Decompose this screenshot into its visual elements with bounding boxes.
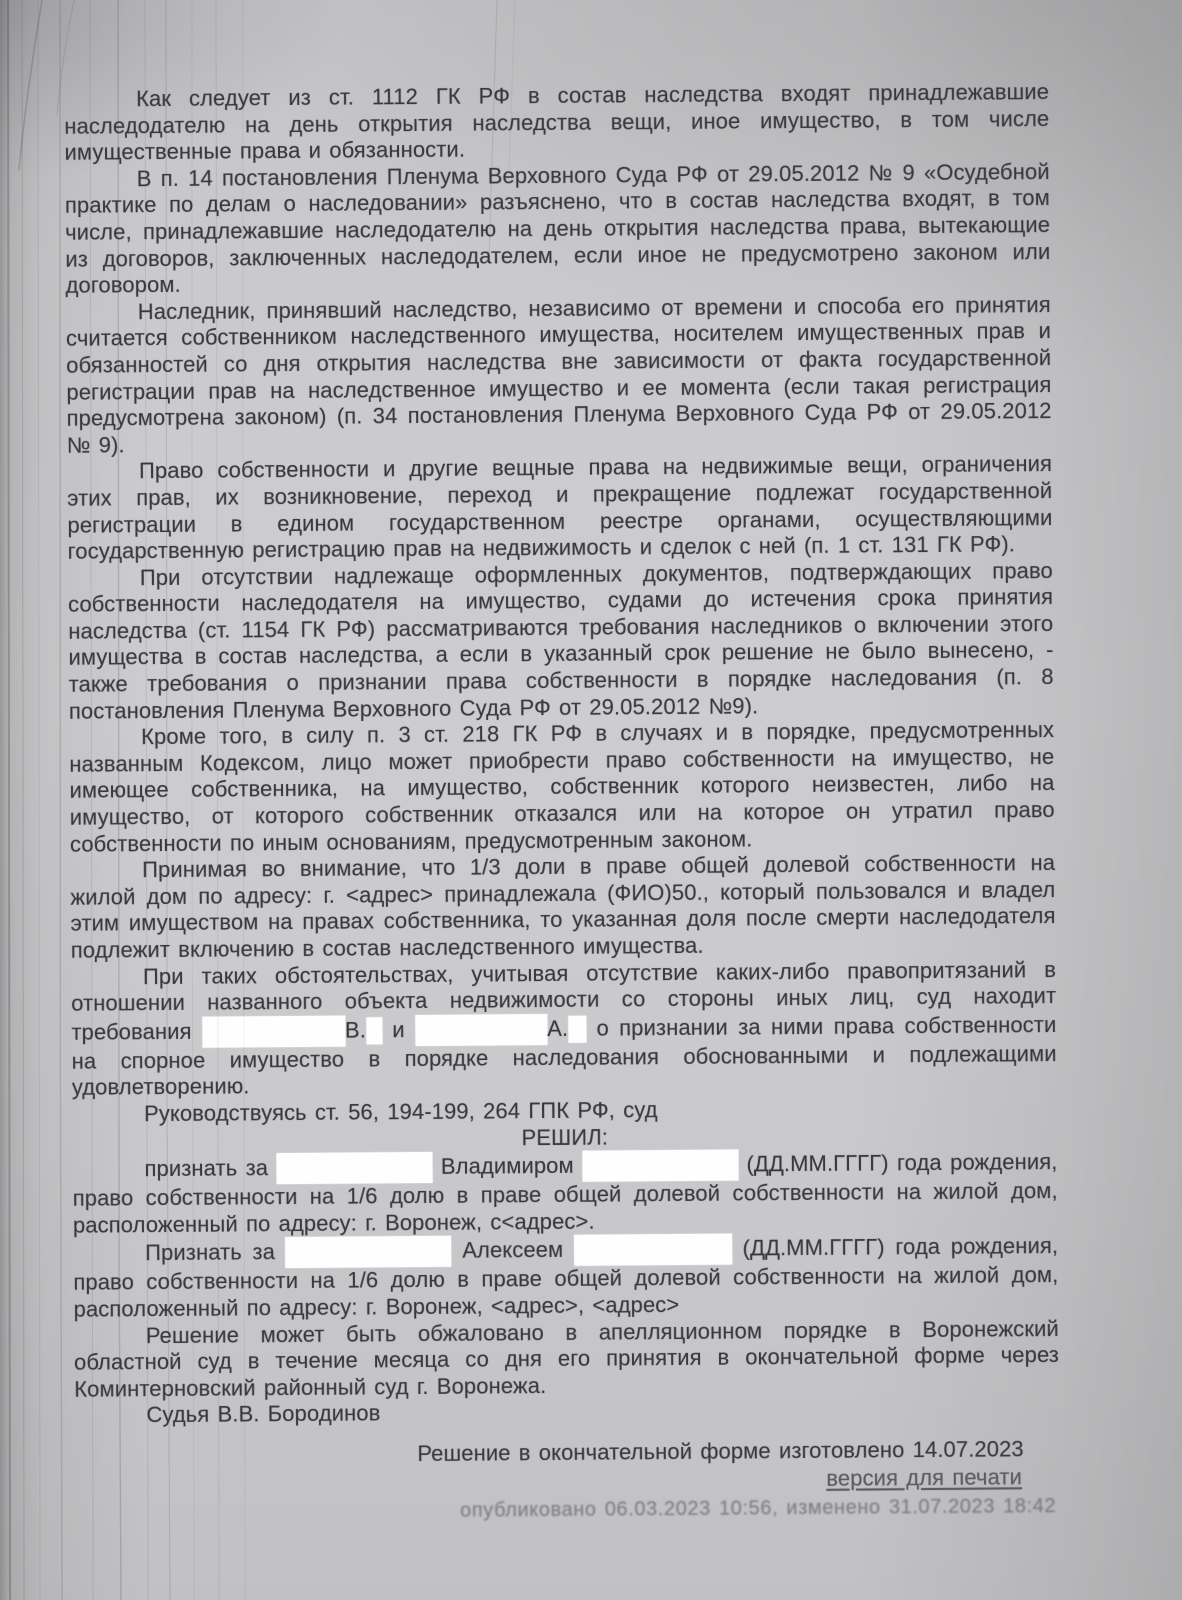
text-run: А.: [547, 1016, 568, 1041]
publication-meta: опубликовано 06.03.2023 10:56, изменено …: [75, 1493, 1060, 1527]
text-run: Владимиром: [432, 1153, 582, 1179]
text-run: В.: [345, 1017, 366, 1042]
para-ruling-aleksey: Признать за Алексеем (ДД.ММ.ГГГГ) года р…: [73, 1231, 1059, 1323]
text-run: Как следует из ст. 1112 ГК РФ в состав н…: [64, 79, 1049, 165]
document-body: Как следует из ст. 1112 ГК РФ в состав н…: [64, 79, 1060, 1527]
para-article-218: Кроме того, в силу п. 3 ст. 218 ГК РФ в …: [69, 717, 1055, 858]
text-run: Кроме того, в силу п. 3 ст. 218 ГК РФ в …: [69, 717, 1055, 856]
redaction-box: [415, 1014, 547, 1046]
text-run: РЕШИЛ:: [521, 1124, 608, 1150]
para-property-registration: Право собственности и другие вещные прав…: [67, 451, 1053, 565]
text-run: признать за: [144, 1155, 276, 1181]
text-run: Судья В.В. Бородинов: [146, 1401, 380, 1428]
text-run: Признать за: [145, 1239, 286, 1265]
redaction-box: [574, 1234, 732, 1266]
text-run: Решение может быть обжаловано в апелляци…: [74, 1316, 1059, 1402]
text-run: Наследник, принявший наследство, независ…: [66, 292, 1052, 458]
para-law-1112: Как следует из ст. 1112 ГК РФ в состав н…: [64, 79, 1050, 167]
para-share-inclusion: Принимая во внимание, что 1/3 доли в пра…: [70, 850, 1056, 964]
para-heir-ownership: Наследник, принявший наследство, независ…: [66, 292, 1052, 459]
para-ruling-vladimir: признать за Владимиром (ДД.ММ.ГГГГ) года…: [72, 1147, 1058, 1239]
redaction-box: [366, 1017, 382, 1044]
redaction-box: [568, 1015, 586, 1042]
document-footer: Решение в окончательной форме изготовлен…: [75, 1436, 1061, 1528]
redaction-box: [582, 1150, 738, 1182]
redaction-box: [286, 1236, 452, 1268]
text-run: Принимая во внимание, что 1/3 доли в пра…: [70, 850, 1055, 963]
text-run: В п. 14 постановления Пленума Верховного…: [65, 159, 1051, 298]
print-version-link[interactable]: версия для печати: [826, 1464, 1022, 1491]
text-run: Право собственности и другие вещные прав…: [67, 451, 1052, 564]
text-run: Руководствуясь ст. 56, 194-199, 264 ГПК …: [144, 1097, 658, 1126]
photo-page: Как следует из ст. 1112 ГК РФ в состав н…: [0, 0, 1182, 1600]
text-run: и: [382, 1017, 415, 1042]
redaction-box: [202, 1015, 345, 1047]
para-appeal: Решение может быть обжаловано в апелляци…: [74, 1316, 1060, 1404]
redaction-box: [276, 1152, 432, 1184]
para-missing-documents: При отсутствии надлежаще оформленных док…: [68, 558, 1054, 725]
para-plenum-14: В п. 14 постановления Пленума Верховного…: [65, 159, 1051, 300]
text-run: Алексеем: [452, 1237, 574, 1263]
para-court-findings: При таких обстоятельствах, учитывая отсу…: [71, 957, 1057, 1102]
text-run: При отсутствии надлежаще оформленных док…: [68, 558, 1054, 724]
